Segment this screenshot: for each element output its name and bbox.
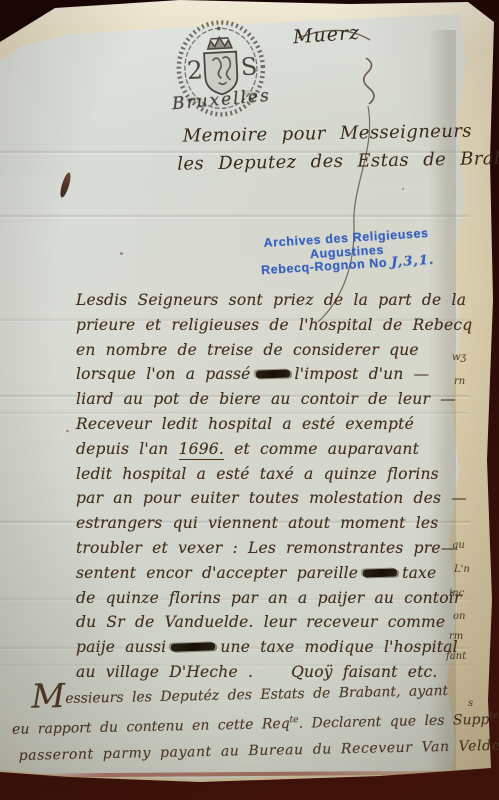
- document-photo: 2 S Bruxelles Muerz Memoire pour Messeig…: [0, 0, 499, 800]
- crossed-out-word: [363, 568, 397, 577]
- speck: [120, 252, 123, 255]
- body-line: sentent encor d'accepter pareilletaxe: [76, 561, 466, 586]
- body-line: lorsque l'on a passél'impost d'un —: [76, 362, 466, 387]
- speck: [66, 430, 69, 432]
- page-edge-fragment: inc: [449, 588, 464, 599]
- page-edge-fragment: on: [453, 611, 465, 622]
- underlined-year: 1696.: [179, 440, 224, 460]
- body-line: Lesdis Seigneurs sont priez de la part d…: [76, 288, 466, 313]
- memo-title-line2: les Deputez des Estas de Brabant: [177, 145, 483, 178]
- page-edge-fragment: rm: [449, 631, 463, 642]
- body-line: paije aussiune taxe modique l'hospital: [76, 635, 466, 660]
- speck: [402, 188, 404, 190]
- decorated-initial: M: [31, 676, 66, 716]
- archive-stamp-number: J,3,1.: [391, 253, 435, 271]
- body-line: en nombre de treise de considerer que: [76, 338, 466, 363]
- page-edge-fragment: wʒ: [452, 352, 466, 363]
- page-edge-fragment: s: [468, 698, 473, 709]
- page-edge-fragment: qu: [452, 540, 465, 551]
- petition-body: Lesdis Seigneurs sont priez de la part d…: [76, 288, 466, 685]
- decision-note: Messieurs les Deputéz des Estats de Brab…: [11, 677, 499, 769]
- body-line: de quinze florins par an a paijer au con…: [76, 586, 466, 611]
- body-line: par an pour euiter toutes molestation de…: [76, 486, 466, 511]
- page-edge-fragment: L'n: [454, 564, 470, 575]
- memo-title: Memoire pour Messeigneurs les Deputez de…: [183, 117, 484, 178]
- body-line: du Sr de Vanduelde. leur receveur comme: [76, 610, 466, 635]
- body-line: estrangers qui viennent atout moment les: [76, 511, 466, 536]
- crown-icon: [207, 37, 232, 49]
- body-line: depuis l'an 1696. et comme auparavant: [76, 437, 466, 462]
- page-edge-fragment: fant: [446, 651, 466, 662]
- crossed-out-word: [255, 370, 289, 379]
- body-line: prieure et religieuses de l'hospital de …: [76, 313, 466, 338]
- body-line: liard au pot de biere au contoir de leur…: [76, 387, 466, 412]
- stamp-value-right: S: [240, 52, 258, 81]
- body-line: Receveur ledit hospital a esté exempté: [76, 412, 466, 437]
- page-edge-fragment: rn: [454, 376, 465, 387]
- body-line: ledit hospital a esté taxé a quinze flor…: [76, 462, 466, 487]
- stamp-value-left: 2: [186, 55, 203, 85]
- crossed-out-word: [171, 642, 215, 652]
- body-line: troubler et vexer : Les remonstrantes pr…: [76, 536, 466, 561]
